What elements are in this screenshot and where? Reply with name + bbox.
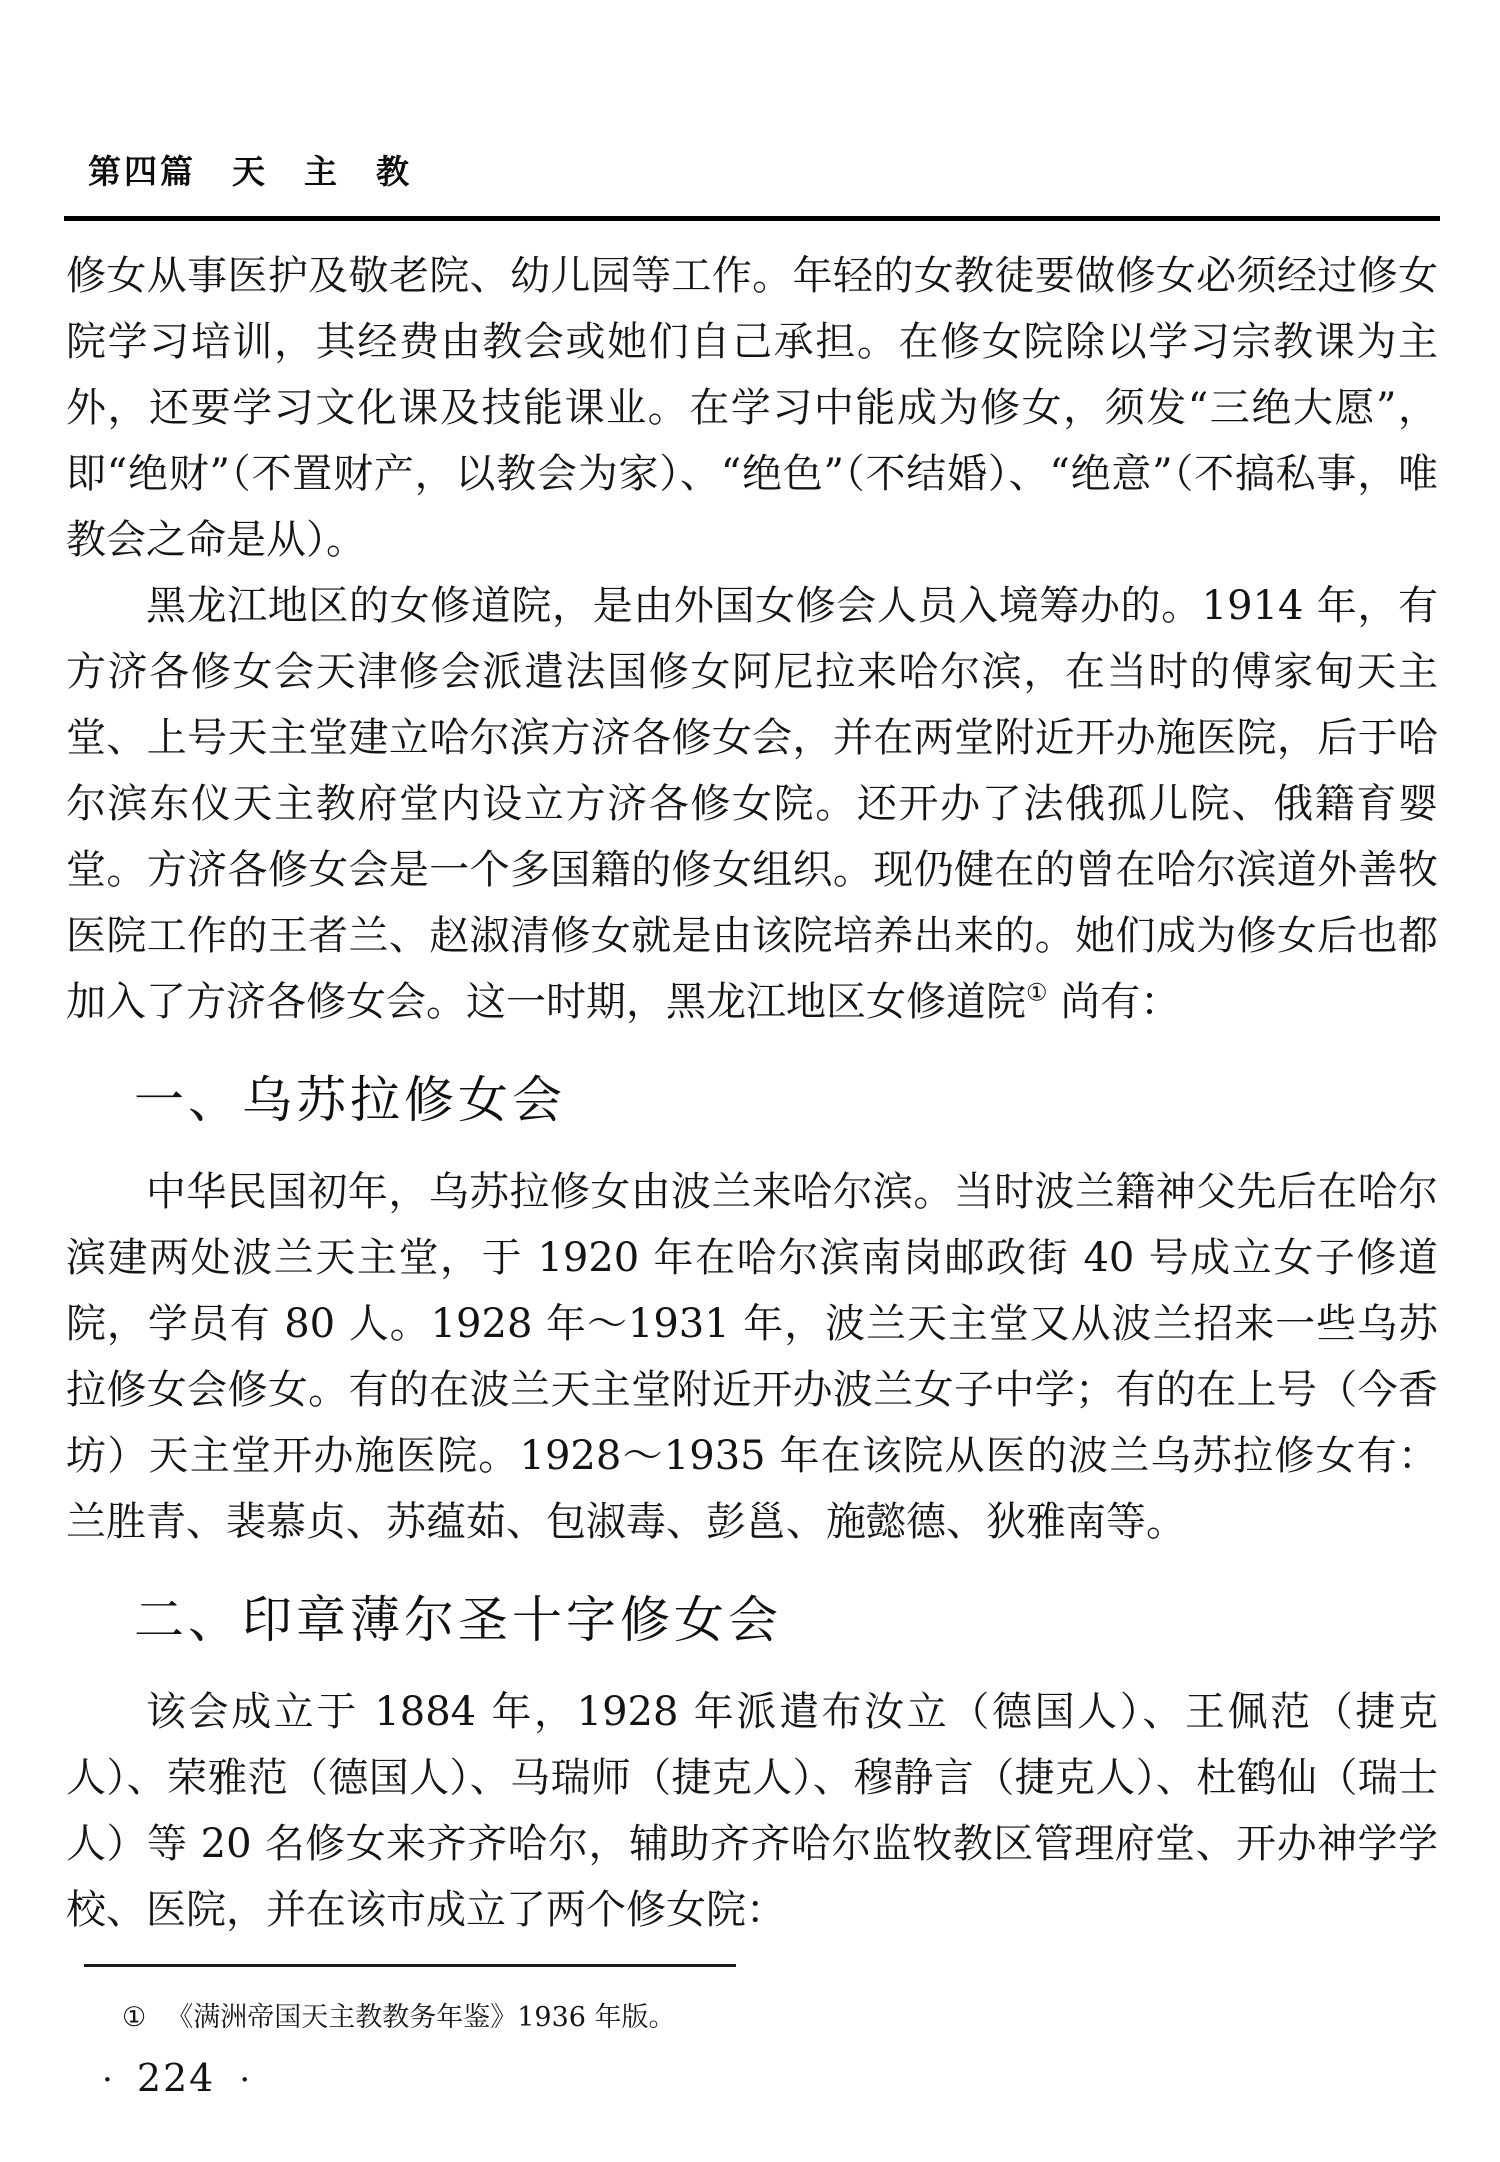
page-number-dot-right: · bbox=[239, 2060, 250, 2100]
page-number-value: 224 bbox=[137, 2056, 216, 2100]
section-2-heading: 二、印章薄尔圣十字修女会 bbox=[134, 1585, 1438, 1655]
paragraph-continuation: 修女从事医护及敬老院、幼儿园等工作。年轻的女教徒要做修女必须经过修女院学习培训，… bbox=[66, 243, 1438, 573]
book-page: 第四篇 天 主 教 修女从事医护及敬老院、幼儿园等工作。年轻的女教徒要做修女必须… bbox=[0, 0, 1500, 2162]
page-number-dot-left: · bbox=[102, 2060, 113, 2100]
section-2-paragraph: 该会成立于 1884 年，1928 年派遣布汝立（德国人）、王佩范（捷克人）、荣… bbox=[66, 1679, 1438, 1943]
footnote-text: 《满洲帝国天主教教务年鉴》1936 年版。 bbox=[166, 2002, 675, 2033]
paragraph-intro: 黑龙江地区的女修道院，是由外国女修会人员入境筹办的。1914 年，有方济各修女会… bbox=[66, 573, 1438, 1035]
page-number: ·224· bbox=[102, 2056, 250, 2100]
footnote-reference-mark: ① bbox=[1026, 979, 1048, 1007]
footnote: ①《满洲帝国天主教教务年鉴》1936 年版。 bbox=[122, 1998, 676, 2038]
header-rule bbox=[64, 216, 1440, 221]
running-header: 第四篇 天 主 教 bbox=[88, 146, 412, 193]
section-1-heading: 一、乌苏拉修女会 bbox=[134, 1065, 1438, 1135]
section-1-paragraph: 中华民国初年，乌苏拉修女由波兰来哈尔滨。当时波兰籍神父先后在哈尔滨建两处波兰天主… bbox=[66, 1159, 1438, 1555]
paragraph-intro-text: 黑龙江地区的女修道院，是由外国女修会人员入境筹办的。1914 年，有方济各修女会… bbox=[66, 583, 1438, 1025]
footnote-divider bbox=[84, 1964, 736, 1967]
page-content: 修女从事医护及敬老院、幼儿园等工作。年轻的女教徒要做修女必须经过修女院学习培训，… bbox=[66, 243, 1438, 1943]
footnote-mark: ① bbox=[122, 2002, 146, 2033]
chapter-title: 第四篇 天 主 教 bbox=[88, 152, 412, 191]
paragraph-intro-tail: 尚有： bbox=[1048, 979, 1181, 1025]
